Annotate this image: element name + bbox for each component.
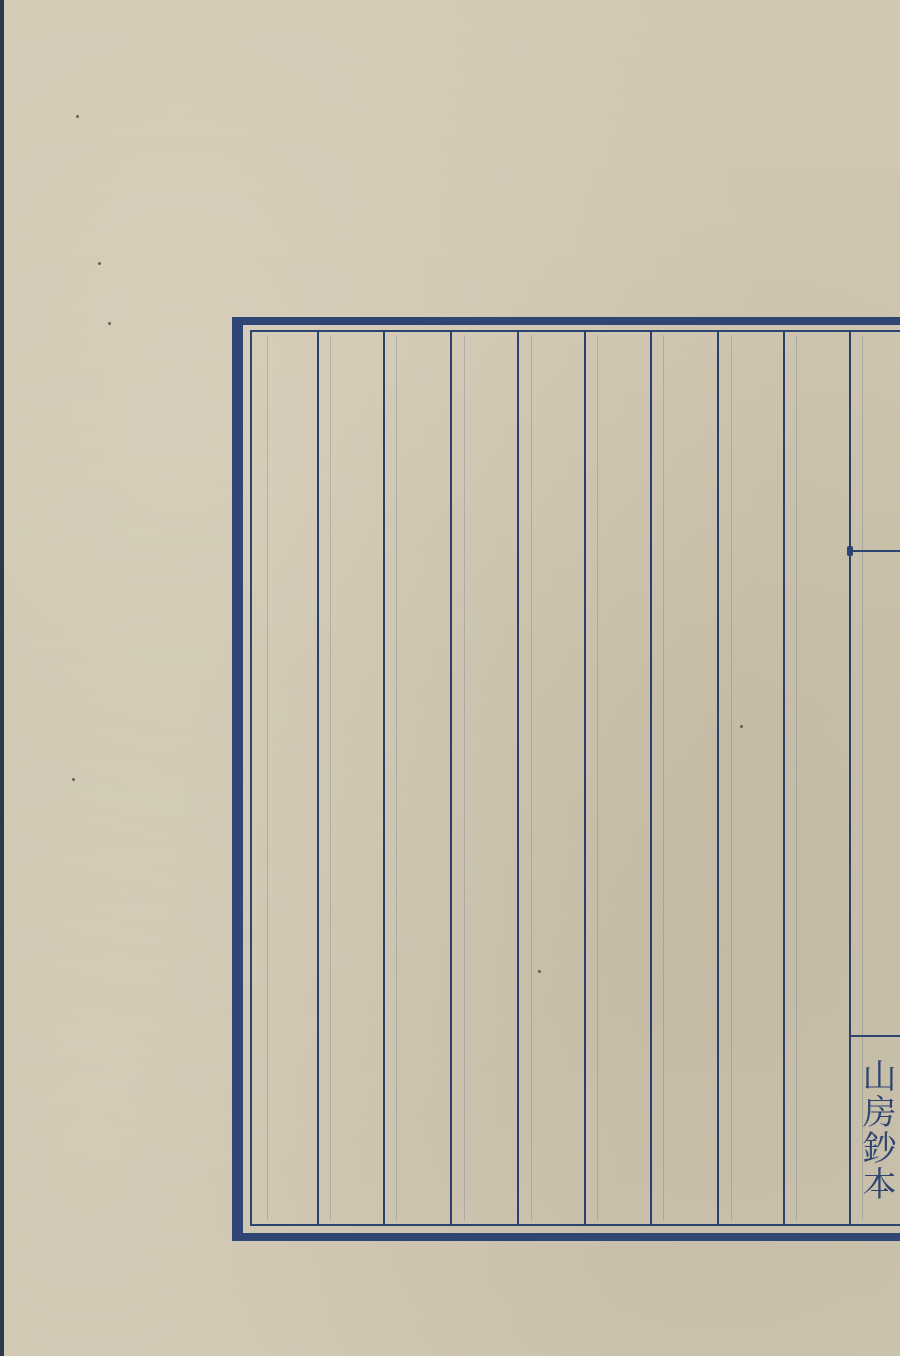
paper-fleck bbox=[538, 970, 541, 973]
show-through-line bbox=[663, 335, 664, 1220]
banxin-lower-rule bbox=[851, 1035, 900, 1037]
column-rule bbox=[383, 331, 385, 1225]
page-spine-edge bbox=[0, 0, 4, 1356]
column-rule bbox=[584, 331, 586, 1225]
show-through-line bbox=[464, 335, 465, 1220]
column-rule bbox=[783, 331, 785, 1225]
show-through-line bbox=[531, 335, 532, 1220]
show-through-line bbox=[796, 335, 797, 1220]
studio-imprint: 山房鈔本 bbox=[858, 1058, 894, 1202]
frame-inner-border bbox=[250, 330, 900, 1226]
column-rule bbox=[517, 331, 519, 1225]
column-rule bbox=[849, 331, 851, 1225]
column-rule bbox=[717, 331, 719, 1225]
paper-fleck bbox=[108, 322, 111, 325]
column-rule bbox=[450, 331, 452, 1225]
paper-fleck bbox=[98, 262, 101, 265]
column-rule bbox=[317, 331, 319, 1225]
paper-fleck bbox=[72, 778, 75, 781]
paper-fleck bbox=[740, 725, 743, 728]
column-rule bbox=[650, 331, 652, 1225]
show-through-line bbox=[731, 335, 732, 1220]
show-through-line bbox=[396, 335, 397, 1220]
paper-fleck bbox=[76, 115, 79, 118]
show-through-line bbox=[330, 335, 331, 1220]
banxin-upper-rule bbox=[849, 550, 900, 552]
show-through-line bbox=[597, 335, 598, 1220]
show-through-line bbox=[267, 335, 268, 1220]
banxin-fishtail-mark bbox=[847, 546, 853, 556]
